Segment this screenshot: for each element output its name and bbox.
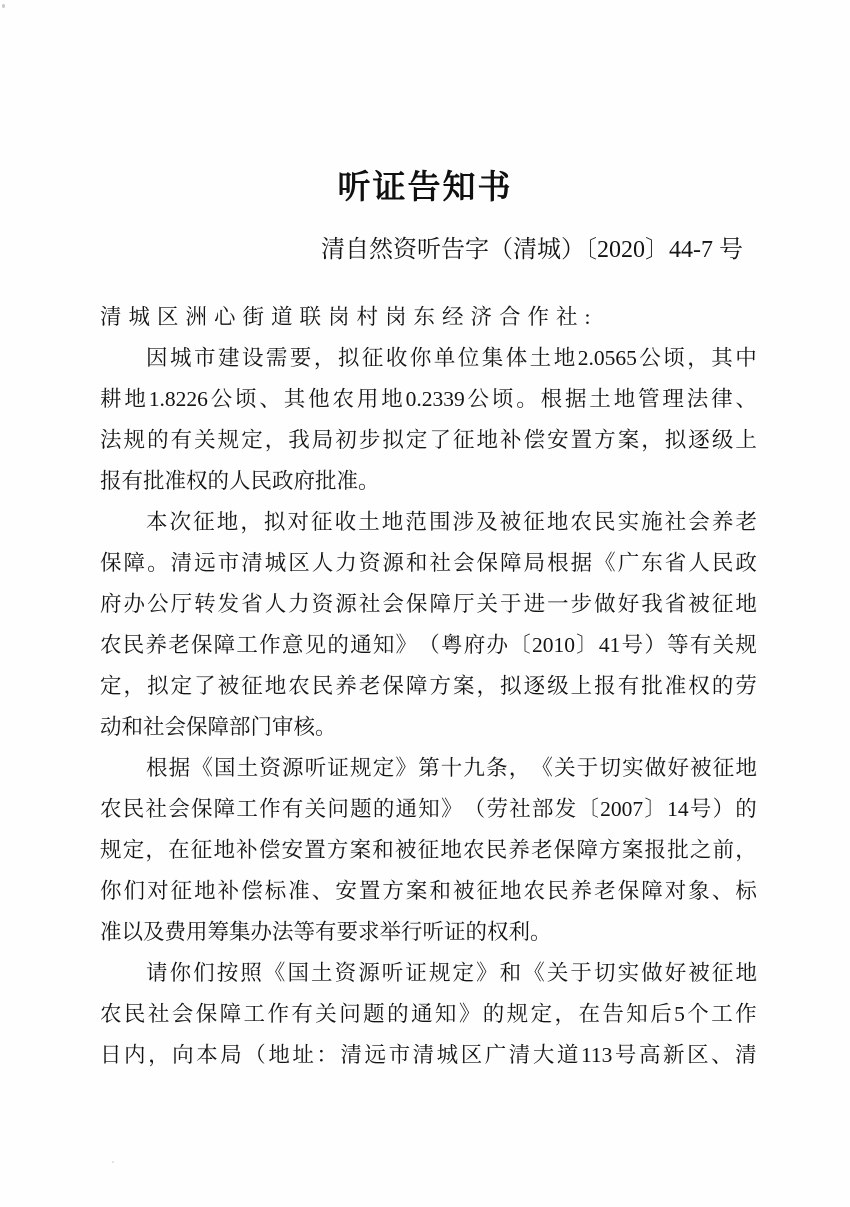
body-line: 农民社会保障工作有关问题的通知》（劳社部发〔2007〕14号）的 [100,789,757,830]
body-line: 日内，向本局（地址：清远市清城区广清大道113号高新区、清 [100,1035,757,1076]
scan-speck [2,4,5,8]
body-line: 农民养老保障工作意见的通知》（粤府办〔2010〕41号）等有关规 [100,625,757,666]
body-line: 你们对征地补偿标准、安置方案和被征地农民养老保障对象、标 [100,871,757,912]
document-title: 听证告知书 [0,166,850,208]
document-body: 清城区洲心街道联岗村岗东经济合作社: 因城市建设需要，拟征收你单位集体土地2.0… [100,297,757,1076]
document-page: 听证告知书 清自然资听告字（清城）〔2020〕44-7 号 清城区洲心街道联岗村… [0,0,850,1207]
body-line: 定，拟定了被征地农民养老保障方案，拟逐级上报有批准权的劳 [100,666,757,707]
body-line: 规定，在征地补偿安置方案和被征地农民养老保障方案报批之前， [100,830,757,871]
body-line: 保障。清远市清城区人力资源和社会保障局根据《广东省人民政 [100,543,757,584]
document-number: 清自然资听告字（清城）〔2020〕44-7 号 [0,234,743,266]
body-line: 因城市建设需要，拟征收你单位集体土地2.0565公顷，其中 [100,338,757,379]
body-line: 请你们按照《国土资源听证规定》和《关于切实做好被征地 [100,953,757,994]
body-line: 农民社会保障工作有关问题的通知》的规定，在告知后5个工作 [100,994,757,1035]
body-line: 准以及费用筹集办法等有要求举行听证的权利。 [100,912,757,953]
addressee-line: 清城区洲心街道联岗村岗东经济合作社: [100,297,757,338]
body-line: 府办公厅转发省人力资源社会保障厅关于进一步做好我省被征地 [100,584,757,625]
body-line: 法规的有关规定，我局初步拟定了征地补偿安置方案，拟逐级上 [100,420,757,461]
body-line: 本次征地，拟对征收土地范围涉及被征地农民实施社会养老 [100,502,757,543]
body-line: 动和社会保障部门审核。 [100,707,757,748]
body-line: 根据《国土资源听证规定》第十九条，《关于切实做好被征地 [100,748,757,789]
scan-speck [112,1161,114,1163]
body-line: 耕地1.8226公顷、其他农用地0.2339公顷。根据土地管理法律、 [100,379,757,420]
body-line: 报有批准权的人民政府批准。 [100,461,757,502]
